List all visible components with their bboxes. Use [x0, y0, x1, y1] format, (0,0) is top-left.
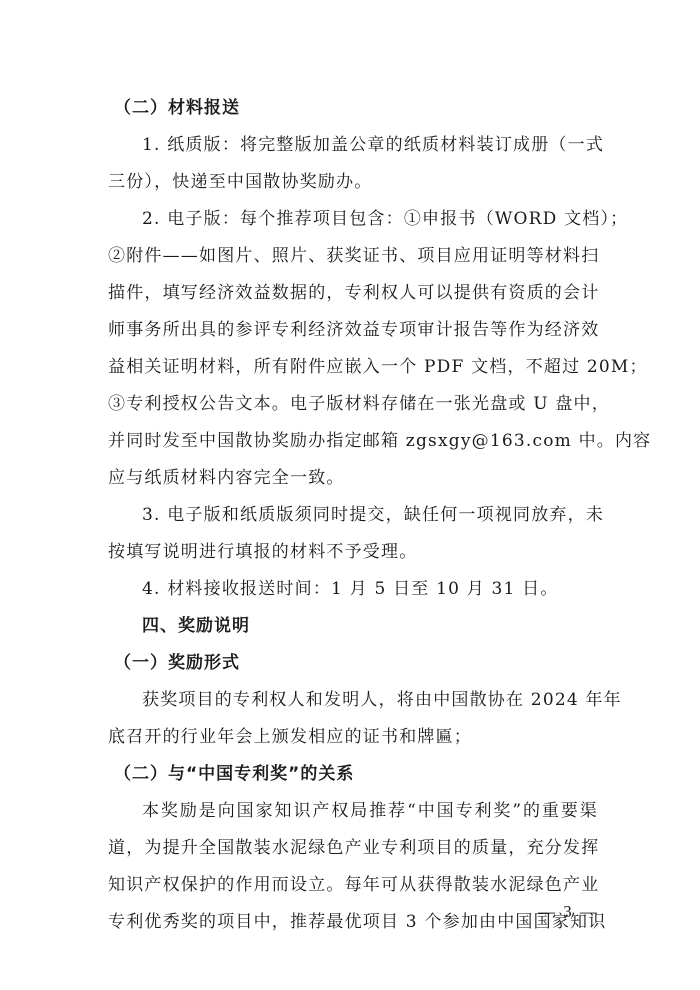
paragraph-line: 3. 电子版和纸质版须同时提交，缺任何一项视同放弃，未 — [108, 497, 598, 534]
paragraph-line-deadline: 4. 材料接收报送时间：1 月 5 日至 10 月 31 日。 — [108, 571, 598, 608]
paragraph-line: 底召开的行业年会上颁发相应的证书和牌匾； — [108, 719, 598, 756]
paragraph-line: 描件，填写经济效益数据的，专利权人可以提供有资质的会计 — [108, 275, 598, 312]
subheading-award-form: （一）奖励形式 — [108, 645, 598, 682]
paragraph-line: 获奖项目的专利权人和发明人，将由中国散协在 2024 年年 — [108, 682, 598, 719]
page-number: — 3 — — [538, 902, 599, 922]
paragraph-line: 本奖励是向国家知识产权局推荐“中国专利奖”的重要渠 — [108, 793, 598, 830]
paragraph-line: 2. 电子版：每个推荐项目包含：①申报书（WORD 文档）； — [108, 201, 598, 238]
document-page: （二）材料报送 1. 纸质版：将完整版加盖公章的纸质材料装订成册（一式 三份），… — [0, 0, 700, 990]
paragraph-line: 益相关证明材料，所有附件应嵌入一个 PDF 文档，不超过 20M； — [108, 349, 598, 386]
paragraph-line: 应与纸质材料内容完全一致。 — [108, 460, 598, 497]
paragraph-line-email: 并同时发至中国散协奖励办指定邮箱 zgsxgy@163.com 中。内容 — [108, 423, 598, 460]
paragraph-line: 专利优秀奖的项目中，推荐最优项目 3 个参加由中国国家知识 — [108, 904, 598, 941]
paragraph-line: 知识产权保护的作用而设立。每年可从获得散装水泥绿色产业 — [108, 867, 598, 904]
heading-award-description: 四、奖励说明 — [108, 608, 598, 645]
subheading-materials-submission: （二）材料报送 — [108, 90, 598, 127]
paragraph-line: 按填写说明进行填报的材料不予受理。 — [108, 534, 598, 571]
paragraph-line: ②附件——如图片、照片、获奖证书、项目应用证明等材料扫 — [108, 238, 598, 275]
paragraph-line: ③专利授权公告文本。电子版材料存储在一张光盘或 U 盘中， — [108, 386, 598, 423]
document-body: （二）材料报送 1. 纸质版：将完整版加盖公章的纸质材料装订成册（一式 三份），… — [108, 90, 598, 941]
paragraph-line: 1. 纸质版：将完整版加盖公章的纸质材料装订成册（一式 — [108, 127, 598, 164]
paragraph-line: 三份），快递至中国散协奖励办。 — [108, 164, 598, 201]
paragraph-line: 道，为提升全国散装水泥绿色产业专利项目的质量，充分发挥 — [108, 830, 598, 867]
paragraph-line: 师事务所出具的参评专利经济效益专项审计报告等作为经济效 — [108, 312, 598, 349]
subheading-china-patent-award-relation: （二）与“中国专利奖”的关系 — [108, 756, 598, 793]
